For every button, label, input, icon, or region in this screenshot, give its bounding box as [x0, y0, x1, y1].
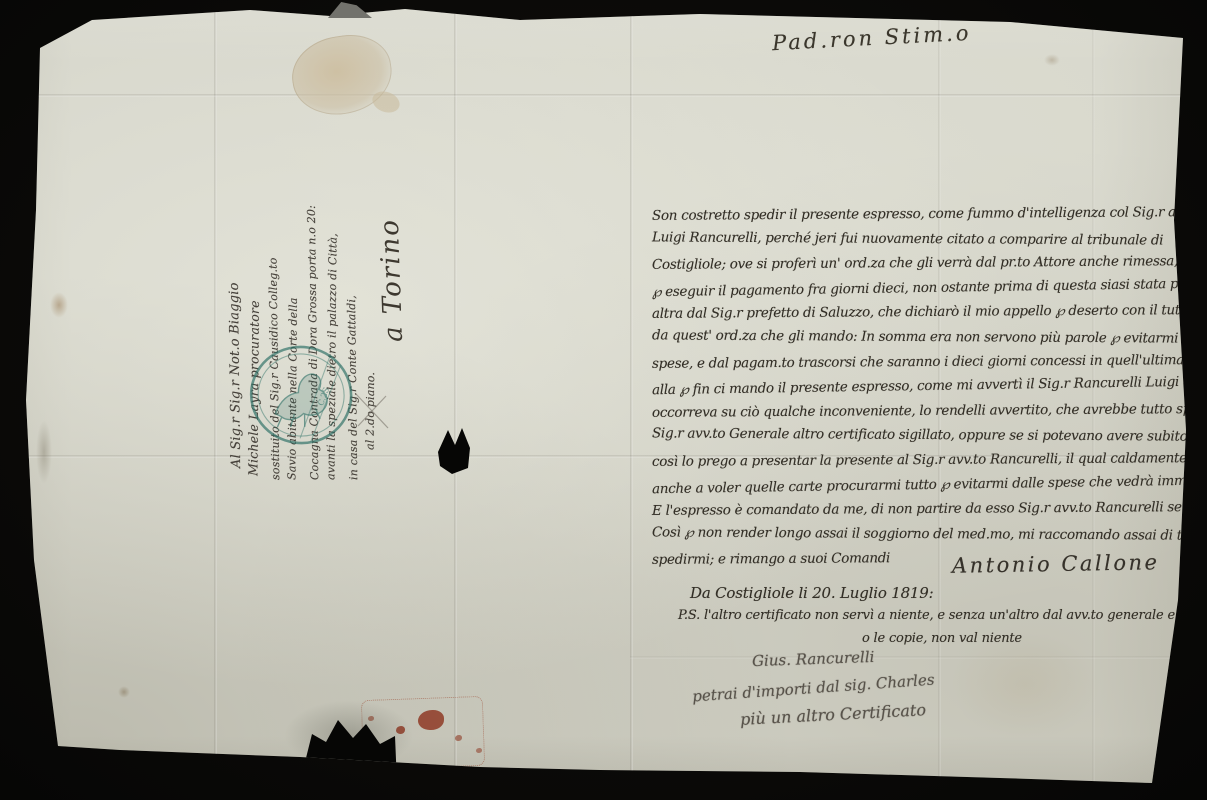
body-line: Sig.r avv.to Generale altro certificato …: [652, 422, 1192, 450]
wax-fragment: [455, 735, 462, 741]
letter-paper: Pad.ron Stim.o Al Sig.r Sig.r Not.o Biag…: [0, 0, 1207, 800]
body-line: Son costretto spedir il presente espress…: [652, 200, 1192, 228]
body-line: altra dal Sig.r prefetto di Saluzzo, che…: [652, 298, 1192, 326]
vertical-fold-crease: [214, 0, 217, 800]
postscript-line: P.S. l'altro certificato non servì a nie…: [678, 608, 1207, 623]
signature: Antonio Callone: [952, 550, 1160, 578]
stain: [1044, 54, 1060, 66]
stain: [50, 292, 68, 318]
horizontal-fold-crease: [630, 656, 1207, 659]
wax-fragment: [418, 710, 444, 730]
postscript-line: o le copie, non val niente: [862, 631, 1022, 646]
pencil-note: Gius. Rancurelli: [752, 648, 875, 670]
pencil-note: più un altro Certificato: [740, 700, 927, 729]
body-line: Luigi Rancurelli, perché jeri fui nuovam…: [652, 225, 1192, 253]
pencil-cross-mark: [352, 388, 392, 432]
salutation: Pad.ron Stim.o: [772, 21, 972, 55]
paper-flap: [328, 2, 372, 18]
photo-backdrop: Pad.ron Stim.o Al Sig.r Sig.r Not.o Biag…: [0, 0, 1207, 800]
postal-stamp-icon: C.2S: [238, 335, 364, 458]
wax-fragment: [476, 748, 482, 753]
letter-body: Son costretto spedir il presente espress…: [652, 202, 1192, 571]
pencil-note: petrai d'importi dal sig. Charles: [692, 671, 935, 706]
stain: [36, 420, 52, 484]
vertical-fold-crease: [630, 0, 633, 800]
body-line: E l'espresso è comandato da me, di non p…: [652, 495, 1192, 523]
dateline: Da Costigliole li 20. Luglio 1819:: [690, 584, 933, 602]
stain: [118, 686, 130, 698]
vertical-fold-crease: [454, 0, 457, 800]
stain: [950, 630, 1100, 740]
body-line: da quest' ord.za che gli mando: In somma…: [652, 323, 1192, 351]
horizontal-fold-crease: [0, 94, 1207, 97]
